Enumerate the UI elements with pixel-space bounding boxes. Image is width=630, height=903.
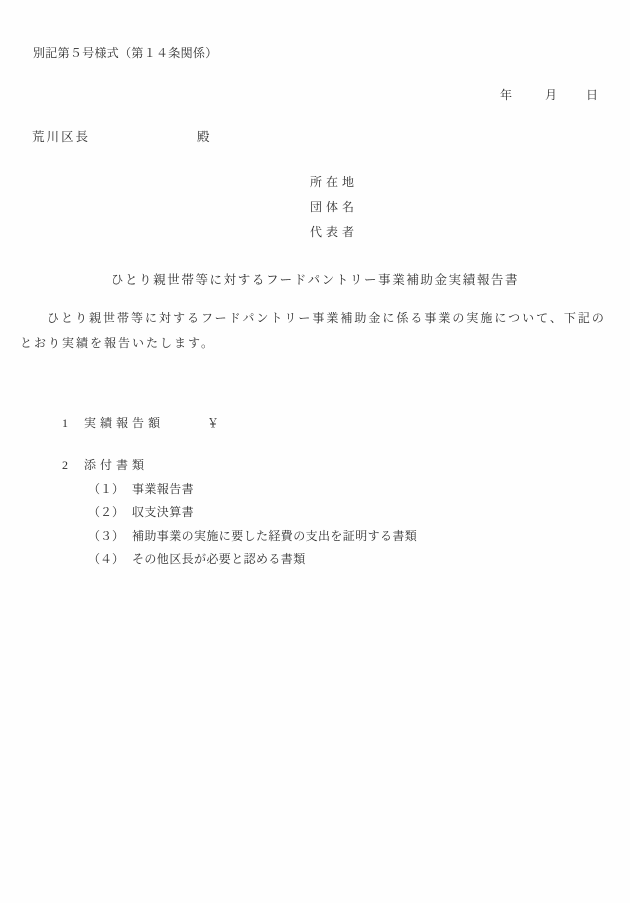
form-number: 別記第５号様式（第１４条関係） bbox=[33, 46, 218, 61]
attachment-item-marker: （４） bbox=[88, 552, 124, 567]
attachment-item-marker: （３） bbox=[88, 529, 124, 544]
yen-symbol: ￥ bbox=[207, 416, 219, 431]
section-2-number: 2 bbox=[62, 458, 68, 473]
addressee-name: 荒川区長 bbox=[32, 130, 90, 146]
date-year-label: 年 bbox=[500, 88, 512, 103]
attachment-item-marker: （２） bbox=[88, 505, 124, 520]
attachment-item-text: 補助事業の実施に要した経費の支出を証明する書類 bbox=[132, 529, 417, 544]
attachment-item-marker: （１） bbox=[88, 482, 124, 497]
date-month-label: 月 bbox=[545, 88, 557, 103]
document-page: 別記第５号様式（第１４条関係） 年 月 日 荒川区長 殿 所 在 地 団 体 名… bbox=[0, 0, 630, 903]
section-1-number: 1 bbox=[62, 416, 68, 431]
body-paragraph-line-2: とおり実績を報告いたします。 bbox=[20, 336, 620, 351]
attachment-item-text: その他区長が必要と認める書類 bbox=[132, 552, 306, 567]
section-2-label: 添 付 書 類 bbox=[84, 458, 145, 473]
attachment-item-text: 事業報告書 bbox=[132, 482, 194, 497]
addressee-honorific: 殿 bbox=[197, 130, 210, 146]
sender-field-representative: 代 表 者 bbox=[310, 225, 355, 240]
body-paragraph-line-1: ひとり親世帯等に対するフードパントリー事業補助金に係る事業の実施について、下記の bbox=[20, 311, 620, 326]
sender-field-location: 所 在 地 bbox=[310, 175, 355, 190]
section-1-label: 実 績 報 告 額 bbox=[84, 416, 161, 431]
attachment-item-text: 収支決算書 bbox=[132, 505, 194, 520]
document-title: ひとり親世帯等に対するフードパントリー事業補助金実績報告書 bbox=[0, 273, 630, 289]
date-day-label: 日 bbox=[586, 88, 598, 103]
sender-field-organization: 団 体 名 bbox=[310, 200, 355, 215]
